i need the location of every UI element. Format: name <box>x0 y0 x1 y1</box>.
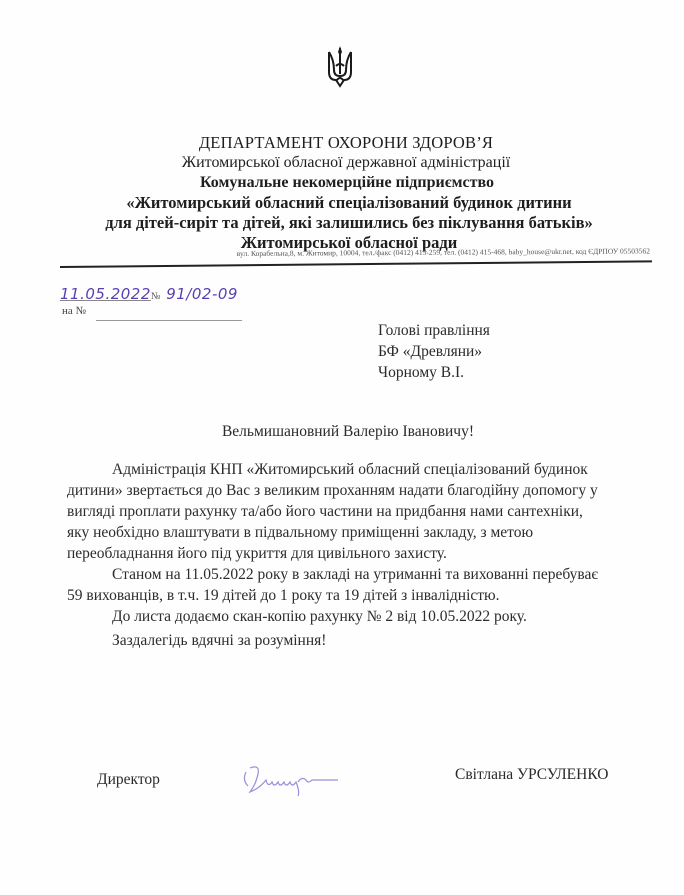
body-line: вигляді проплати рахунку та/або його час… <box>67 501 663 522</box>
number-sign: № <box>151 291 161 302</box>
signer-title: Директор <box>97 771 160 789</box>
letterhead: ДЕПАРТАМЕНТ ОХОРОНИ ЗДОРОВ’Я Житомирсько… <box>0 133 684 253</box>
outgoing-number: 91/02-09 <box>166 285 238 303</box>
recipient-organization: БФ «Древляни» <box>378 341 490 362</box>
body-line: Станом на 11.05.2022 року в закладі на у… <box>67 564 663 585</box>
reply-to-label: на № <box>62 305 86 317</box>
letter-page: ДЕПАРТАМЕНТ ОХОРОНИ ЗДОРОВ’Я Житомирсько… <box>0 0 684 895</box>
outgoing-date: 11.05.2022 <box>60 285 151 303</box>
body-line: 59 вихованців, в т.ч. 19 дітей до 1 року… <box>67 585 663 606</box>
department-name: ДЕПАРТАМЕНТ ОХОРОНИ ЗДОРОВ’Я <box>8 133 684 153</box>
enterprise-name-line-1: «Житомирський обласний спеціалізований б… <box>14 193 684 213</box>
letterhead-divider <box>60 260 652 268</box>
body-line: дитини» звертається до Вас з великим про… <box>67 480 663 501</box>
signer-name: Світлана УРСУЛЕНКО <box>455 766 608 784</box>
handwritten-signature-icon <box>238 758 348 798</box>
closing-thanks: Заздалегідь вдячні за розуміння! <box>112 632 326 650</box>
enterprise-type: Комунальне некомерційне підприємство <box>10 173 684 193</box>
trident-coat-of-arms-icon <box>326 46 354 88</box>
salutation: Вельмишановний Валерію Івановичу! <box>0 423 684 441</box>
body-line: переобладнання його під укриття для циві… <box>67 543 663 564</box>
recipient-position: Голові правління <box>378 320 490 341</box>
body-line: Адміністрація КНП «Житомирський обласний… <box>67 459 663 480</box>
body-line: яку необхідно влаштувати в підвальному п… <box>67 522 663 543</box>
enterprise-name-line-2: для дітей-сиріт та дітей, які залишились… <box>14 213 684 233</box>
recipient-name: Чорному В.І. <box>378 362 490 383</box>
reply-to-blank-line <box>96 320 242 321</box>
outgoing-reference: 11.05.2022№ 91/02-09 <box>60 285 238 303</box>
letter-body: Адміністрація КНП «Житомирський обласний… <box>67 459 663 627</box>
recipient-block: Голові правління БФ «Древляни» Чорному В… <box>378 320 490 383</box>
administration-name: Житомирської обласної державної адмініст… <box>8 153 684 173</box>
body-line: До листа додаємо скан-копію рахунку № 2 … <box>67 606 663 627</box>
